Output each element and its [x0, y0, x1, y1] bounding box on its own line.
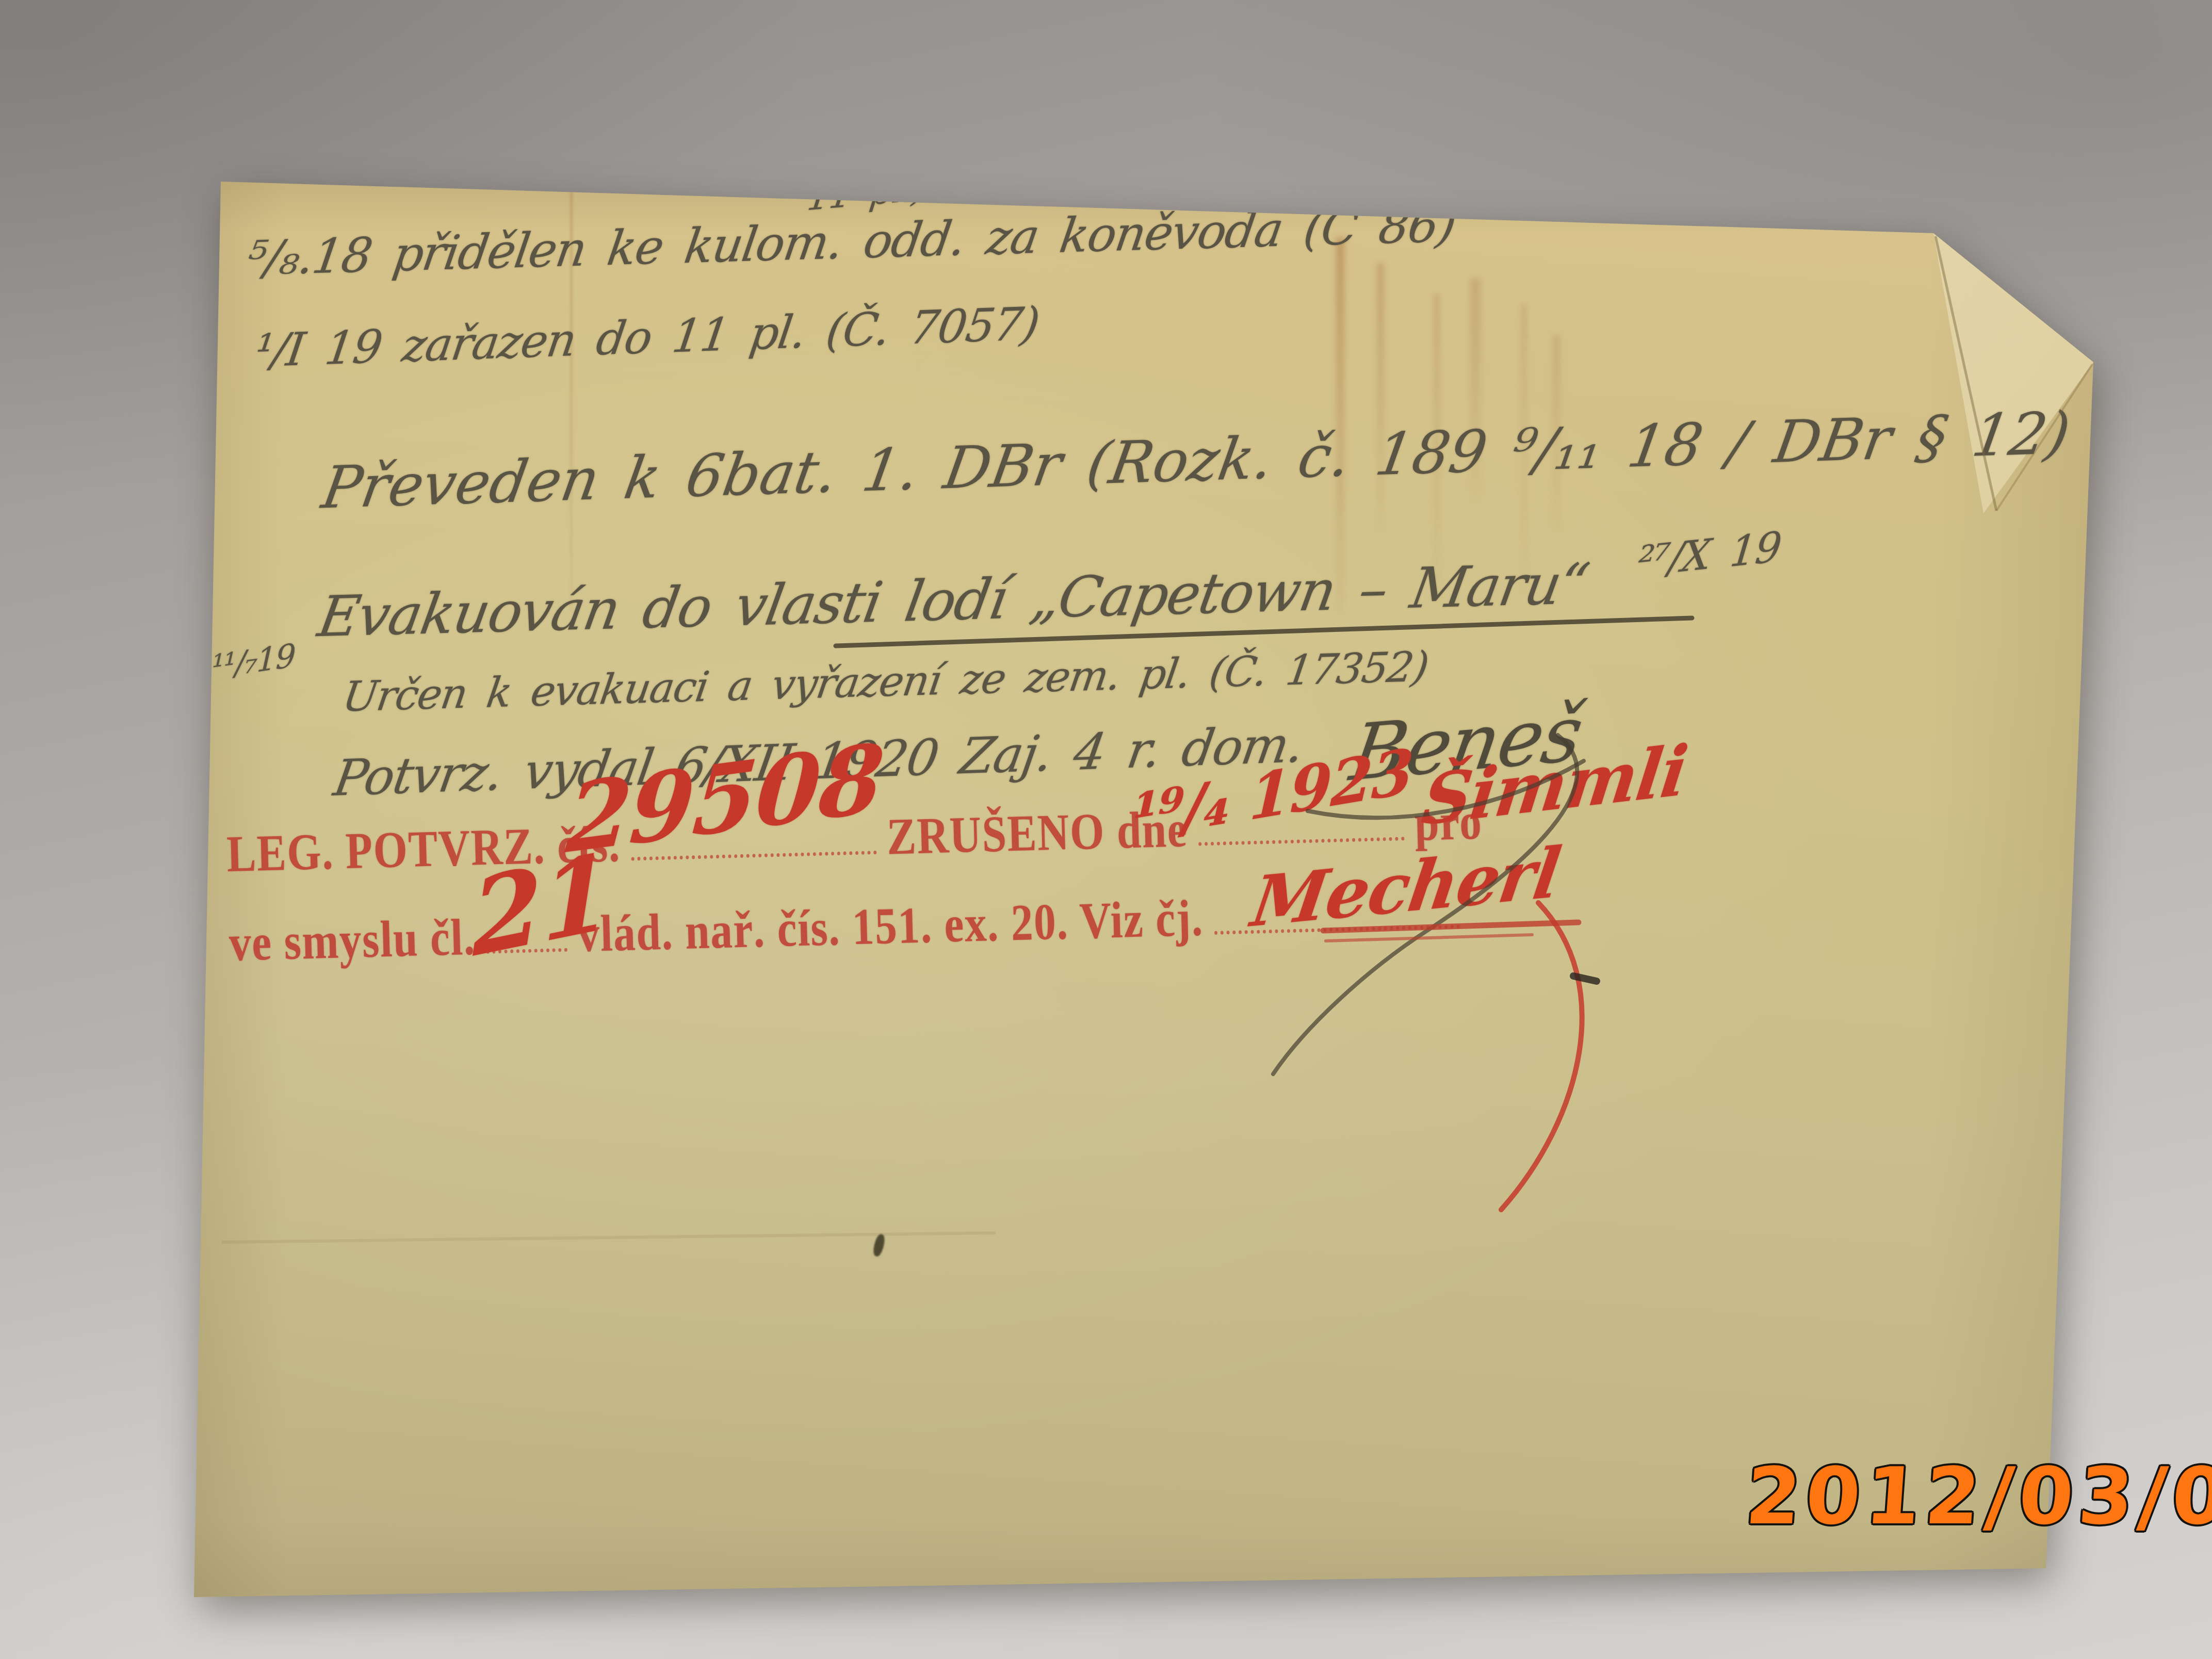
pencil-note-line-5: Určen k evakuaci a vyřazení ze zem. pl. …: [340, 642, 1432, 721]
record-card-wrapper: 11 pl.) ⁵/₈.18 přidělen ke kulom. odd. z…: [191, 175, 2100, 1604]
stamp-label-vlad-nar: vlád. nař. čís. 151. ex. 20. Viz čj.: [577, 888, 1204, 964]
pencil-note-line-3: Převeden k 6bat. 1. DBr (Rozk. č. 189 ⁹/…: [317, 399, 2074, 522]
record-card: 11 pl.) ⁵/₈.18 přidělen ke kulom. odd. z…: [191, 175, 2100, 1604]
ship-name: „Capetown – Maru“: [1024, 552, 1592, 639]
ink-blot: [872, 1233, 886, 1257]
cancellation-stamp: LEG. POTVRZ. čís.ZRUŠENO dnepro ve smysl…: [226, 785, 1726, 973]
stamp-date-slot: [1198, 837, 1405, 845]
pencil-insert-note: 11 pl.): [805, 166, 928, 219]
line4-text: Evakuován do vlasti lodí: [314, 567, 1012, 649]
stamp-label-ve-smyslu: ve smyslu čl.: [229, 907, 477, 972]
photo-of-document: { "photo": { "camera_date_stamp": "2012/…: [0, 0, 2212, 1659]
evacuation-date-superscript: ²⁷/X 19: [1636, 523, 1783, 587]
camera-date-stamp: 2012/03/08: [1743, 1451, 2212, 1542]
margin-date-note: ¹¹/₇19: [211, 636, 295, 686]
pencil-note-line-4: Evakuován do vlasti lodí „Capetown – Mar…: [314, 552, 1593, 650]
pencil-note-line-2: ¹/I 19 zařazen do 11 pl. (Č. 7057): [252, 297, 1042, 378]
